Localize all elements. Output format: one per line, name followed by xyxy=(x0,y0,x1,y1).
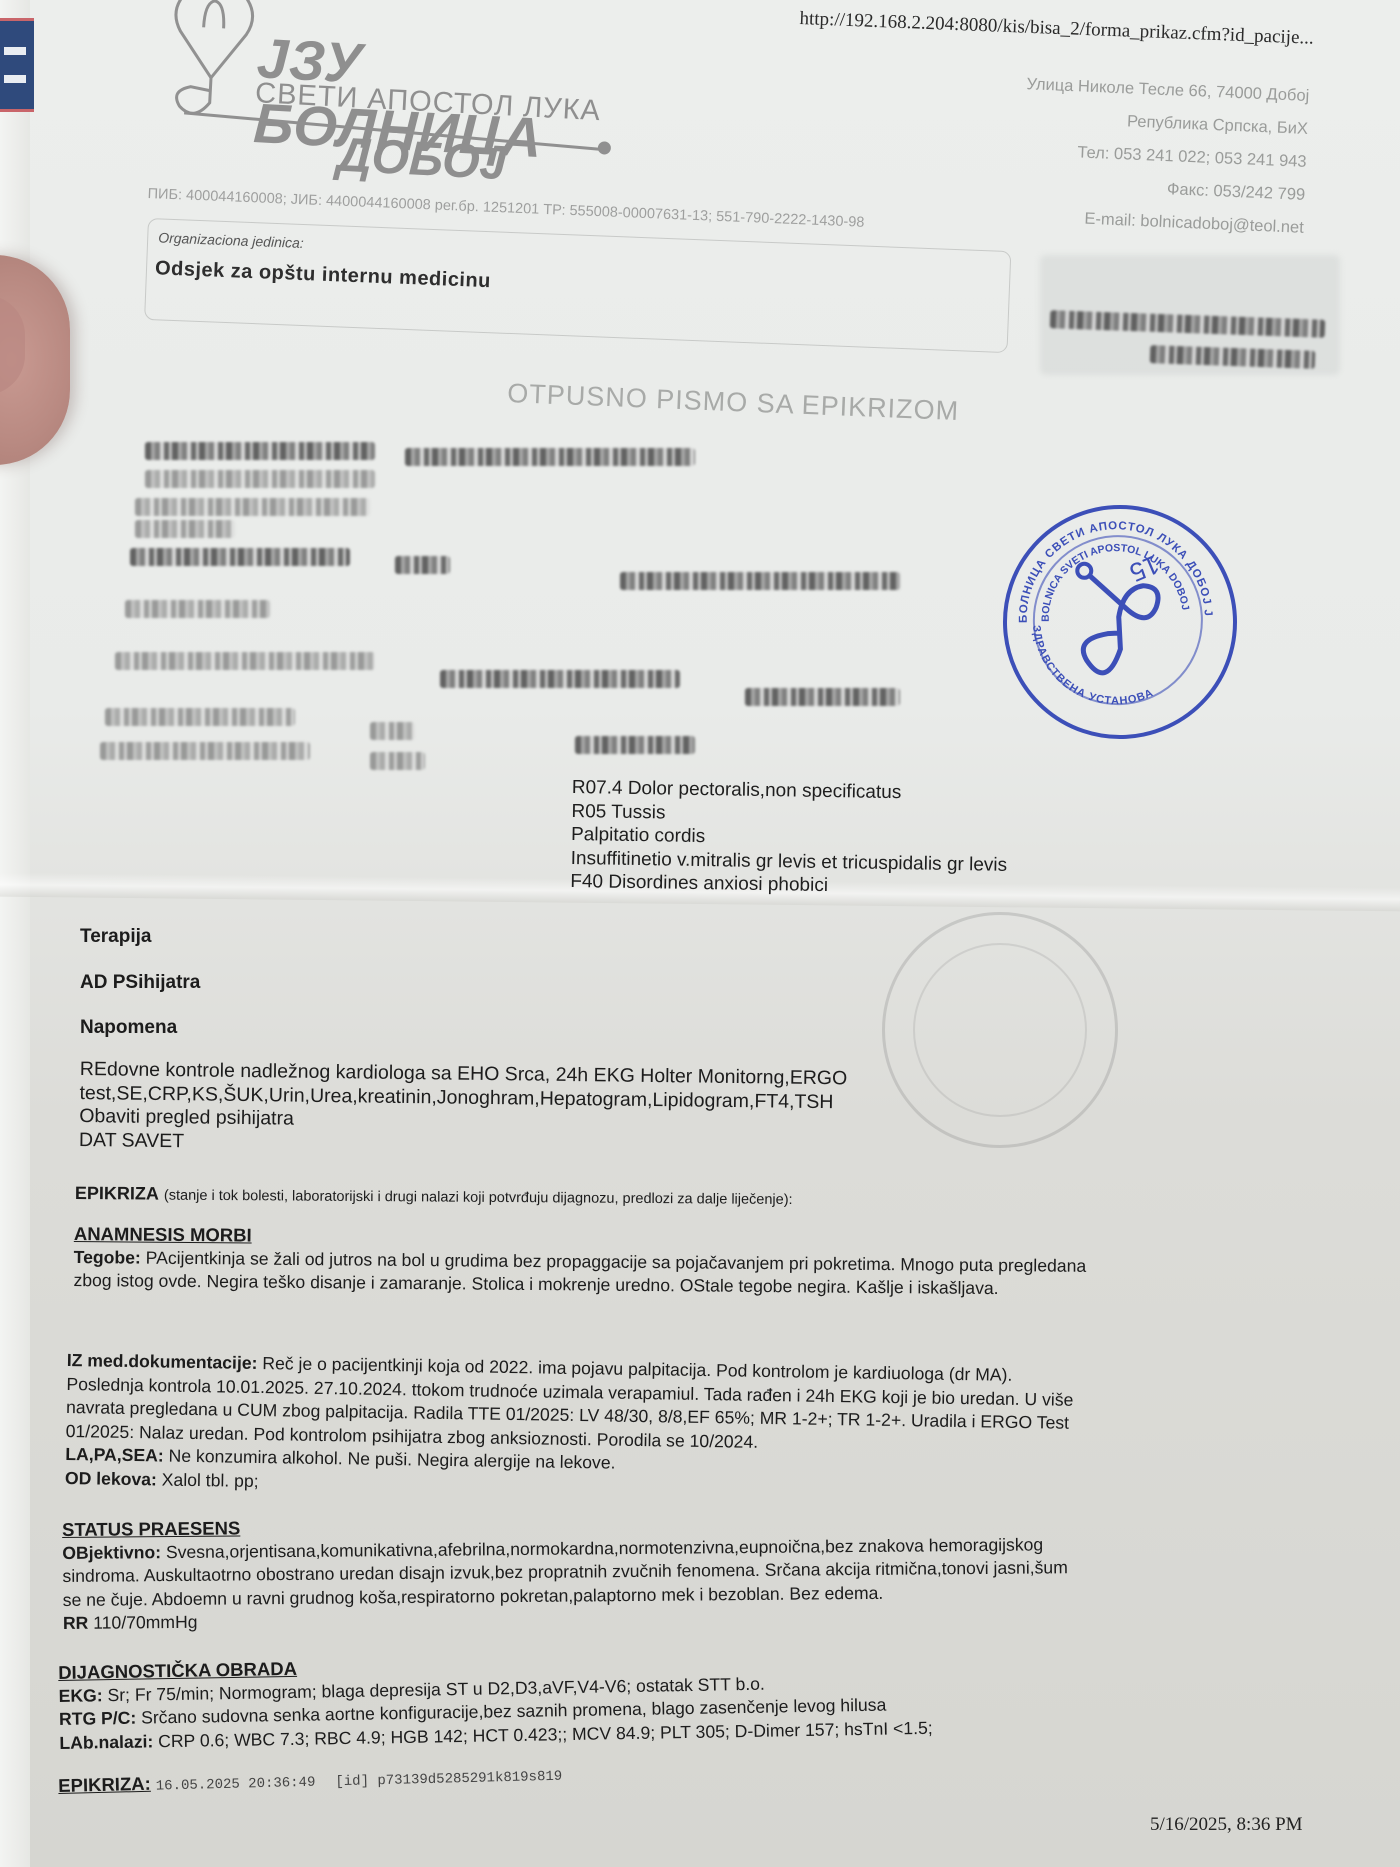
faded-stamp-imprint xyxy=(882,912,1118,1148)
ekg-label: EKG: xyxy=(58,1685,102,1706)
footer-epicrisis-label: EPIKRIZA: xyxy=(58,1773,151,1796)
redacted-text xyxy=(135,520,235,538)
hospital-address: Улица Николе Тесле 66, 74000 Добој Репуб… xyxy=(1020,68,1310,245)
note-label: Napomena xyxy=(80,1017,177,1039)
redacted-text xyxy=(620,572,900,590)
redacted-text xyxy=(105,708,295,726)
anamnesis-section: ANAMNESIS MORBI Tegobe: PAcijentkinja se… xyxy=(73,1222,1294,1303)
xray-label: RTG P/C: xyxy=(59,1708,137,1729)
official-stamp: 15 БОЛНИЦА СВЕТИ АПОСТОЛ ЛУКА ДОБОЈ ЈАВН… xyxy=(997,499,1243,745)
org-unit-label: Organizaciona jedinica: xyxy=(158,229,304,251)
redacted-text xyxy=(130,548,350,566)
redacted-text xyxy=(125,600,270,618)
blood-pressure-value: 110/70mmHg xyxy=(88,1612,197,1633)
medical-history-section: IZ med.dokumentacije: Reč je o pacijentk… xyxy=(65,1349,1287,1509)
redacted-text xyxy=(370,752,425,770)
org-unit-value: Odsjek za opštu internu medicinu xyxy=(155,257,492,293)
redacted-text xyxy=(145,470,375,488)
stethoscope-heart-icon xyxy=(164,0,261,125)
redacted-text xyxy=(100,742,310,760)
redacted-text xyxy=(115,652,375,670)
redacted-text xyxy=(145,442,375,460)
logo-city: ДОБОЈ xyxy=(336,128,508,192)
redacted-text xyxy=(575,736,695,754)
redacted-text xyxy=(370,722,415,740)
status-section: STATUS PRAESENS OBjektivno: Svesna,orjen… xyxy=(62,1507,1283,1635)
objective-label: OBjektivno: xyxy=(62,1542,161,1563)
complaints-label: Tegobe: xyxy=(74,1246,141,1267)
stamp-emblem-icon: 15 БОЛНИЦА СВЕТИ АПОСТОЛ ЛУКА ДОБОЈ ЈАВН… xyxy=(1001,504,1230,733)
habits-text: Ne konzumira alkohol. Ne puši. Negira al… xyxy=(164,1446,616,1473)
lab-label: LAb.nalazi: xyxy=(59,1731,153,1753)
hospital-logo: ЈЗУ БОЛНИЦА СВЕТИ АПОСТОЛ ЛУКА ДОБОЈ xyxy=(151,0,640,205)
medications-text: Xalol tbl. pp; xyxy=(157,1469,259,1491)
epicrisis-hint: (stanje i tok bolesti, laboratorijski i … xyxy=(164,1188,793,1208)
print-date: 5/16/2025, 8:36 PM xyxy=(1150,1814,1303,1836)
therapy-label: Terapija xyxy=(80,926,151,948)
epicrisis-label: EPIKRIZA xyxy=(75,1183,159,1204)
redacted-text xyxy=(440,670,680,688)
med-doc-label: IZ med.dokumentacije: xyxy=(67,1350,258,1373)
redacted-text xyxy=(405,448,695,466)
redacted-text xyxy=(135,498,370,516)
medications-label: OD lekova: xyxy=(65,1467,157,1488)
blood-pressure-label: RR xyxy=(63,1613,89,1633)
note-text: REdovne kontrole nadležnog kardiologa sa… xyxy=(79,1058,847,1161)
therapy-value: AD PSihijatra xyxy=(80,972,200,994)
background-logo-fragment xyxy=(0,18,34,112)
habits-label: LA,PA,SEA: xyxy=(65,1444,164,1466)
redacted-text xyxy=(745,688,900,706)
redacted-text xyxy=(395,556,450,574)
thumbnail xyxy=(0,295,25,395)
diagnosis-list: R07.4 Dolor pectoralis,non specificatus … xyxy=(570,776,1008,900)
